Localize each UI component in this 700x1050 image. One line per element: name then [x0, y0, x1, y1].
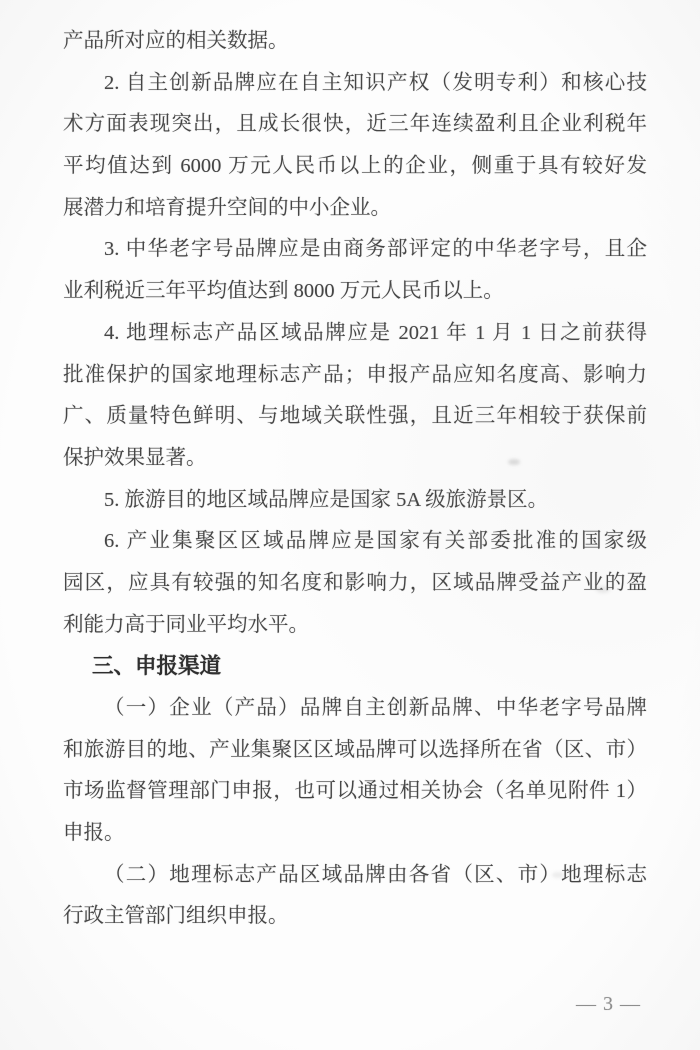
- document-line: 5. 旅游目的地区域品牌应是国家 5A 级旅游景区。: [63, 480, 647, 522]
- document-body: 产品所对应的相关数据。 2. 自主创新品牌应在自主知识产权（发明专利）和核心技 …: [63, 21, 647, 938]
- document-line: 业利税近三年平均值达到 8000 万元人民币以上。: [63, 271, 647, 313]
- document-line: 展潜力和培育提升空间的中小企业。: [63, 188, 647, 230]
- document-line: 和旅游目的地、产业集聚区区域品牌可以选择所在省（区、市）: [63, 730, 647, 772]
- page-number: — 3 —: [63, 991, 641, 1017]
- document-line: 产品所对应的相关数据。: [63, 21, 647, 63]
- scanned-document-page: 产品所对应的相关数据。 2. 自主创新品牌应在自主知识产权（发明专利）和核心技 …: [0, 0, 700, 1050]
- document-line: 利能力高于同业平均水平。: [63, 605, 647, 647]
- section-heading-channels: 三、申报渠道: [63, 646, 647, 688]
- document-line: 2. 自主创新品牌应在自主知识产权（发明专利）和核心技: [63, 63, 647, 105]
- document-line: 批准保护的国家地理标志产品；申报产品应知名度高、影响力: [63, 355, 647, 397]
- document-line: 3. 中华老字号品牌应是由商务部评定的中华老字号，且企: [63, 229, 647, 271]
- document-line: 平均值达到 6000 万元人民币以上的企业，侧重于具有较好发: [63, 146, 647, 188]
- document-line: 广、质量特色鲜明、与地域关联性强，且近三年相较于获保前: [63, 396, 647, 438]
- document-line: 6. 产业集聚区区域品牌应是国家有关部委批准的国家级: [63, 521, 647, 563]
- document-line: 术方面表现突出，且成长很快，近三年连续盈利且企业利税年: [63, 104, 647, 146]
- document-line: 行政主管部门组织申报。: [63, 896, 647, 938]
- document-line: 园区，应具有较强的知名度和影响力，区域品牌受益产业的盈: [63, 563, 647, 605]
- document-line: 4. 地理标志产品区域品牌应是 2021 年 1 月 1 日之前获得: [63, 313, 647, 355]
- document-line: （二）地理标志产品区域品牌由各省（区、市）地理标志: [63, 855, 647, 897]
- document-line: 保护效果显著。: [63, 438, 647, 480]
- document-line: 市场监督管理部门申报，也可以通过相关协会（名单见附件 1）: [63, 771, 647, 813]
- document-line: 申报。: [63, 813, 647, 855]
- document-line: （一）企业（产品）品牌自主创新品牌、中华老字号品牌: [63, 688, 647, 730]
